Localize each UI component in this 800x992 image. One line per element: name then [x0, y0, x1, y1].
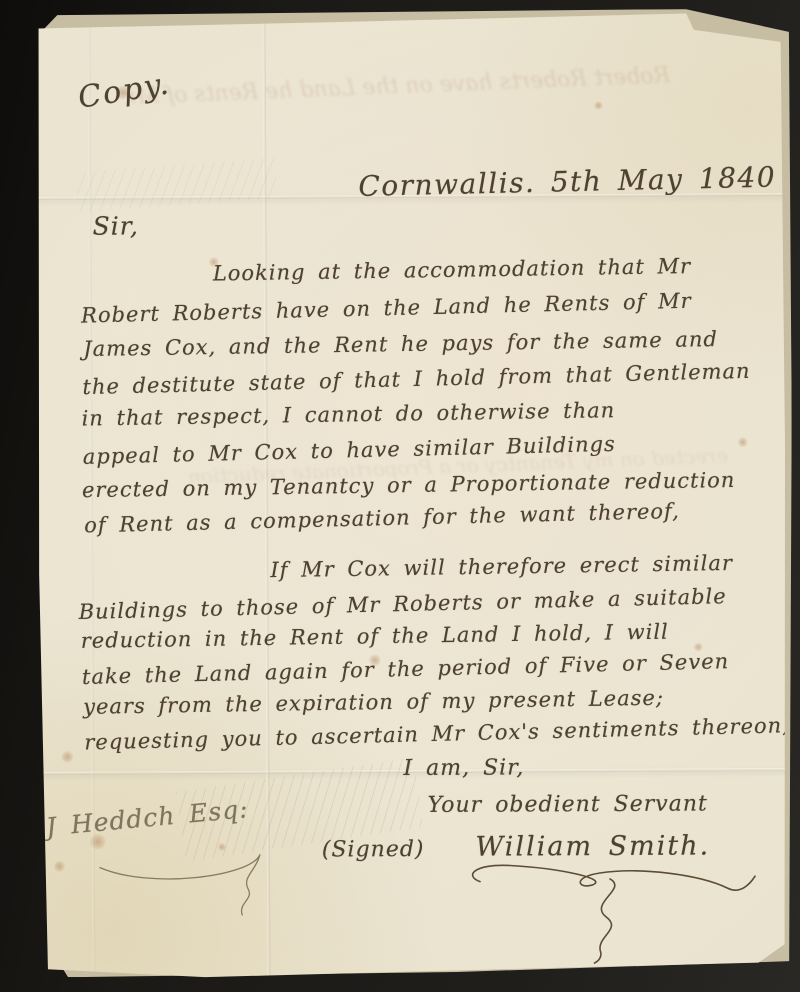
letter-line: years from the expiration of my present … — [83, 686, 664, 719]
letter-line: erected on my Tenantcy or a Proportionat… — [82, 468, 736, 502]
signed-prefix: (Signed) — [322, 837, 425, 863]
letter-line: Buildings to those of Mr Roberts or make… — [78, 584, 727, 624]
scanned-letter-page: { "meta": {"kind": "handwritten letter s… — [0, 0, 800, 992]
letter-line: reduction in the Rent of the Land I hold… — [81, 620, 669, 653]
letter-line: the destitute state of that I hold from … — [82, 359, 751, 399]
letter-line: of Rent as a compensation for the want t… — [84, 499, 680, 538]
salutation: Sir, — [93, 211, 139, 240]
signature-flourish — [460, 854, 761, 966]
letter-line: Looking at the accommodation that Mr — [213, 254, 692, 286]
closing-line: Your obedient Servant — [428, 791, 708, 817]
scan-background: Robert Roberts have on the Land he Rents… — [0, 0, 800, 992]
foxing-stain — [738, 437, 748, 447]
ink-bleedthrough: Robert Roberts have on the Land he Rents… — [126, 63, 671, 110]
foxing-stain — [61, 751, 73, 763]
addressee-flourish — [70, 837, 290, 928]
letter-line: in that respect, I cannot do otherwise t… — [81, 398, 615, 430]
closing-line: I am, Sir, — [403, 755, 524, 781]
letter-line: requesting you to ascertain Mr Cox's sen… — [84, 713, 790, 754]
pencil-showthrough — [75, 158, 277, 213]
dateline: Cornwallis. 5th May 1840 — [358, 160, 776, 202]
letter-line: If Mr Cox will therefore erect similar — [270, 551, 733, 582]
foxing-stain — [594, 101, 603, 110]
letter-line: Robert Roberts have on the Land he Rents… — [81, 289, 692, 328]
letter-line: James Cox, and the Rent he pays for the … — [83, 327, 718, 361]
letter-sheet: Robert Roberts have on the Land he Rents… — [35, 12, 788, 979]
foxing-stain — [54, 861, 65, 872]
letter-line: take the Land again for the period of Fi… — [82, 649, 730, 689]
